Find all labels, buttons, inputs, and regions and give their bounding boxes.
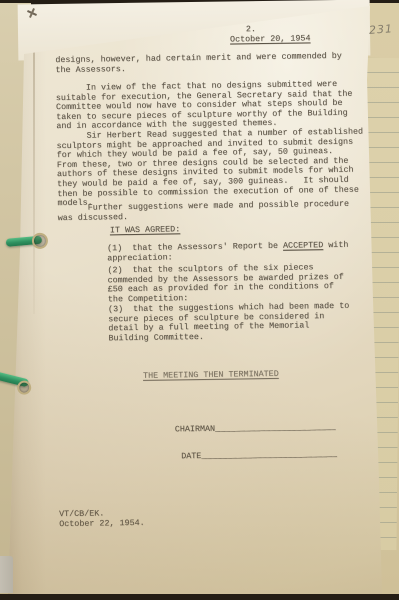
archival-document-photo: 2. October 20, 1954 designs, however, ha…: [0, 0, 399, 600]
date-signature-line: DATE___________________________: [181, 450, 337, 462]
handwritten-folio-number: 231: [369, 22, 394, 37]
agreed-item-1: (1) that the Assessors' Report be ACCEPT…: [107, 241, 349, 264]
typewritten-page: 2. October 20, 1954 designs, however, ha…: [0, 0, 399, 600]
date-rule: ___________________________: [201, 449, 337, 461]
footer-date: October 22, 1954.: [59, 518, 145, 529]
chairman-rule: ________________________: [215, 422, 336, 434]
chairman-signature-line: CHAIRMAN________________________: [175, 423, 336, 435]
paragraph-2: In view of the fact that no designs subm…: [56, 80, 353, 132]
treasury-tag-top-icon: [5, 226, 49, 258]
item-1-text: that the Assessors' Report be: [122, 241, 283, 253]
chairman-label: CHAIRMAN: [175, 424, 215, 435]
paragraph-4: Further suggestions were made and possib…: [57, 200, 349, 224]
agreed-heading: IT WAS AGREED:: [110, 225, 181, 236]
tag-eyelet: [31, 232, 48, 249]
agreed-item-3: (3) that the suggestions which had been …: [108, 302, 350, 344]
agreed-item-2: (2) that the sculptors of the six pieces…: [107, 263, 344, 305]
date-header: October 20, 1954: [230, 34, 311, 45]
bottom-left-paper-scrap: [0, 556, 13, 593]
tag-eyelet: [16, 379, 33, 396]
typed-text-layer: 2. October 20, 1954 designs, however, ha…: [0, 0, 399, 600]
paragraph-1: designs, however, had certain merit and …: [55, 52, 342, 75]
date-label: DATE: [181, 451, 201, 461]
item-3-text: that the suggestions which had been made…: [108, 301, 349, 343]
item-2-text: that the sculptors of the six pieces com…: [108, 262, 344, 304]
item-1-underlined-word: ACCEPTED: [283, 240, 323, 251]
termination-line: THE MEETING THEN TERMINATED: [143, 370, 279, 382]
paragraph-3: Sir Herbert Read suggested that a number…: [56, 128, 364, 209]
